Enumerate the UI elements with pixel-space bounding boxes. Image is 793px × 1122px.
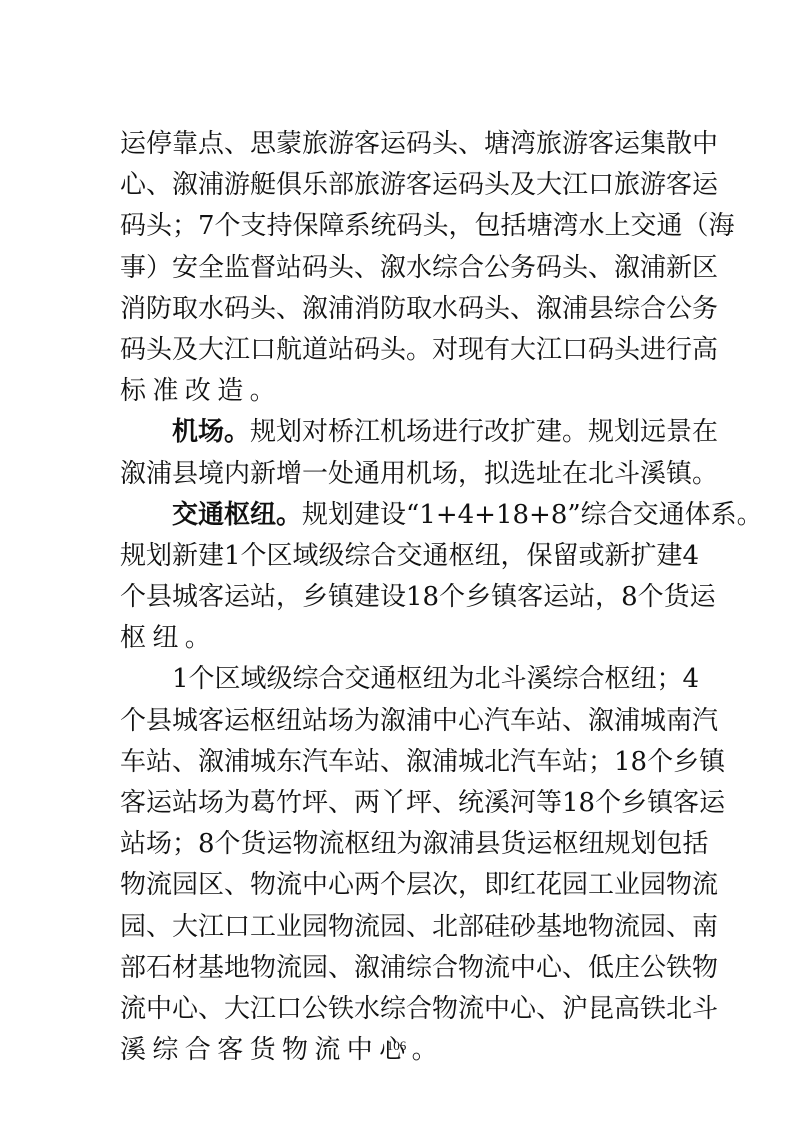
hub-paragraph-line: 交通枢纽。规划建设“1+4+18+8”综合交通体系。 xyxy=(120,495,676,536)
paragraph-line: 心、溆浦游艇俱乐部旅游客运码头及大江口旅游客运 xyxy=(120,165,676,206)
airport-paragraph-line: 溆浦县境内新增一处通用机场，拟选址在北斗溪镇。 xyxy=(120,454,676,495)
hub-paragraph-line: 规划新建1个区域级综合交通枢纽，保留或新扩建4 xyxy=(120,536,676,577)
hub-paragraph-line: 枢纽。 xyxy=(120,618,676,659)
airport-heading: 机场。 xyxy=(172,417,250,447)
hub-detail-line: 园、大江口工业园物流园、北部硅砂基地物流园、南 xyxy=(120,907,676,948)
hub-detail-line: 物流园区、物流中心两个层次，即红花园工业园物流 xyxy=(120,865,676,906)
hub-detail-line: 1个区域级综合交通枢纽为北斗溪综合枢纽；4 xyxy=(120,659,676,700)
document-body: 运停靠点、思蒙旅游客运码头、塘湾旅游客运集散中 心、溆浦游艇俱乐部旅游客运码头及… xyxy=(120,124,676,1071)
hub-paragraph-line: 个县城客运站，乡镇建设18个乡镇客运站，8个货运 xyxy=(120,577,676,618)
hub-text: 规划建设“1+4+18+8”综合交通体系。 xyxy=(302,500,763,530)
paragraph-line: 码头；7个支持保障系统码头，包括塘湾水上交通（海 xyxy=(120,206,676,247)
hub-detail-line: 流中心、大江口公铁水综合物流中心、沪昆高铁北斗 xyxy=(120,989,676,1030)
paragraph-line: 消防取水码头、溆浦消防取水码头、溆浦县综合公务 xyxy=(120,289,676,330)
paragraph-line: 事）安全监督站码头、溆水综合公务码头、溆浦新区 xyxy=(120,248,676,289)
hub-detail-line: 个县城客运枢纽站场为溆浦中心汽车站、溆浦城南汽 xyxy=(120,701,676,742)
paragraph-line: 码头及大江口航道站码头。对现有大江口码头进行高 xyxy=(120,330,676,371)
hub-detail-line: 客运站场为葛竹坪、两丫坪、统溪河等18个乡镇客运 xyxy=(120,783,676,824)
airport-text: 规划对桥江机场进行改扩建。规划远景在 xyxy=(250,417,718,447)
hub-heading: 交通枢纽。 xyxy=(172,500,302,530)
hub-detail-line: 车站、溆浦城东汽车站、溆浦城北汽车站；18个乡镇 xyxy=(120,742,676,783)
paragraph-line: 运停靠点、思蒙旅游客运码头、塘湾旅游客运集散中 xyxy=(120,124,676,165)
page-number: 106 xyxy=(0,1038,793,1054)
paragraph-line: 标准改造。 xyxy=(120,371,676,412)
airport-paragraph-line: 机场。规划对桥江机场进行改扩建。规划远景在 xyxy=(120,412,676,453)
hub-detail-line: 部石材基地物流园、溆浦综合物流中心、低庄公铁物 xyxy=(120,948,676,989)
hub-detail-line: 站场；8个货运物流枢纽为溆浦县货运枢纽规划包括 xyxy=(120,824,676,865)
